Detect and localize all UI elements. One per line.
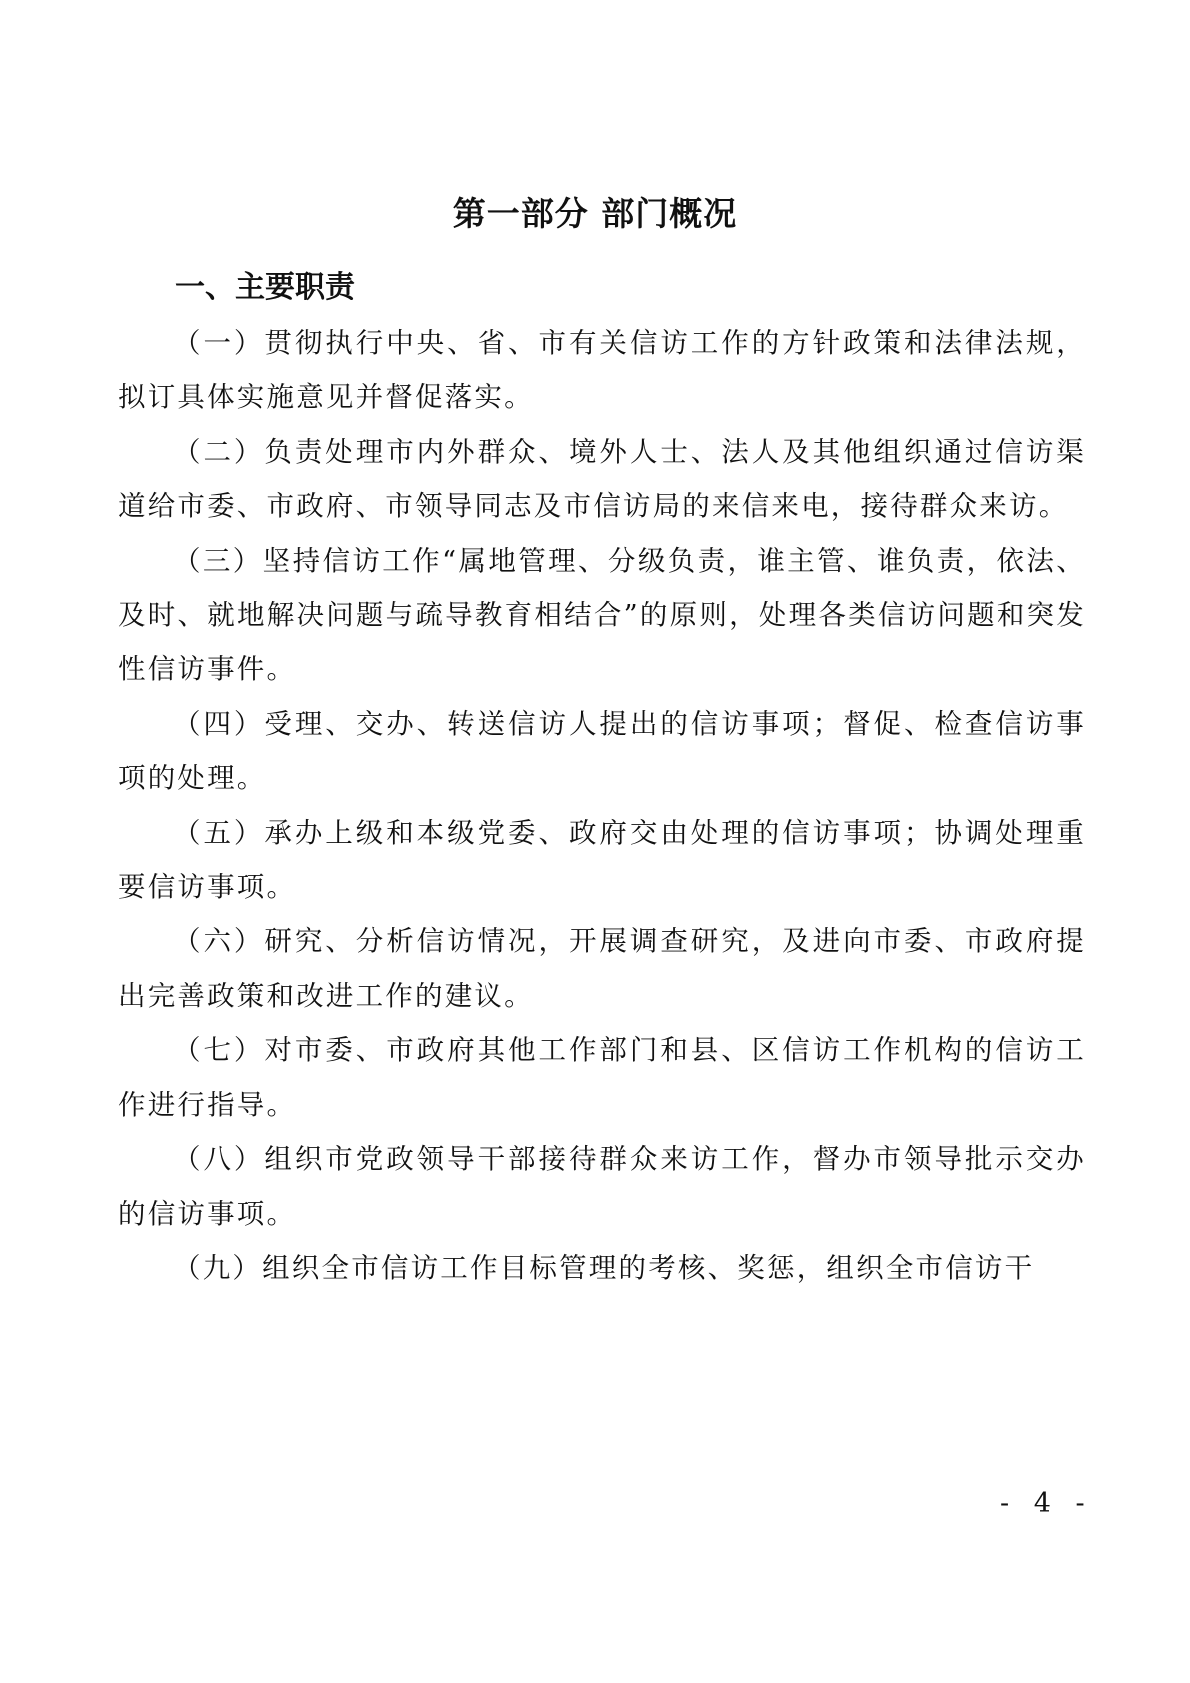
paragraph-5: （五）承办上级和本级党委、政府交由处理的信访事项；协调处理重要信访事项。 — [118, 806, 1086, 915]
paragraph-1: （一）贯彻执行中央、省、市有关信访工作的方针政策和法律法规，拟订具体实施意见并督… — [118, 316, 1086, 425]
document-page: 第一部分 部门概况 一、主要职责 （一）贯彻执行中央、省、市有关信访工作的方针政… — [0, 0, 1190, 1683]
paragraph-6: （六）研究、分析信访情况，开展调查研究，及进向市委、市政府提出完善政策和改进工作… — [118, 914, 1086, 1023]
paragraph-2: （二）负责处理市内外群众、境外人士、法人及其他组织通过信访渠道给市委、市政府、市… — [118, 425, 1086, 534]
paragraph-9: （九）组织全市信访工作目标管理的考核、奖惩，组织全市信访干 — [118, 1241, 1086, 1295]
paragraph-3: （三）坚持信访工作“属地管理、分级负责，谁主管、谁负责，依法、及时、就地解决问题… — [118, 534, 1086, 697]
section-heading: 一、主要职责 — [175, 262, 355, 306]
paragraph-7: （七）对市委、市政府其他工作部门和县、区信访工作机构的信访工作进行指导。 — [118, 1023, 1086, 1132]
body-text: （一）贯彻执行中央、省、市有关信访工作的方针政策和法律法规，拟订具体实施意见并督… — [118, 316, 1086, 1295]
page-number: - 4 - — [1000, 1488, 1093, 1519]
page-title: 第一部分 部门概况 — [0, 188, 1190, 235]
paragraph-8: （八）组织市党政领导干部接待群众来访工作，督办市领导批示交办的信访事项。 — [118, 1132, 1086, 1241]
paragraph-4: （四）受理、交办、转送信访人提出的信访事项；督促、检查信访事项的处理。 — [118, 697, 1086, 806]
